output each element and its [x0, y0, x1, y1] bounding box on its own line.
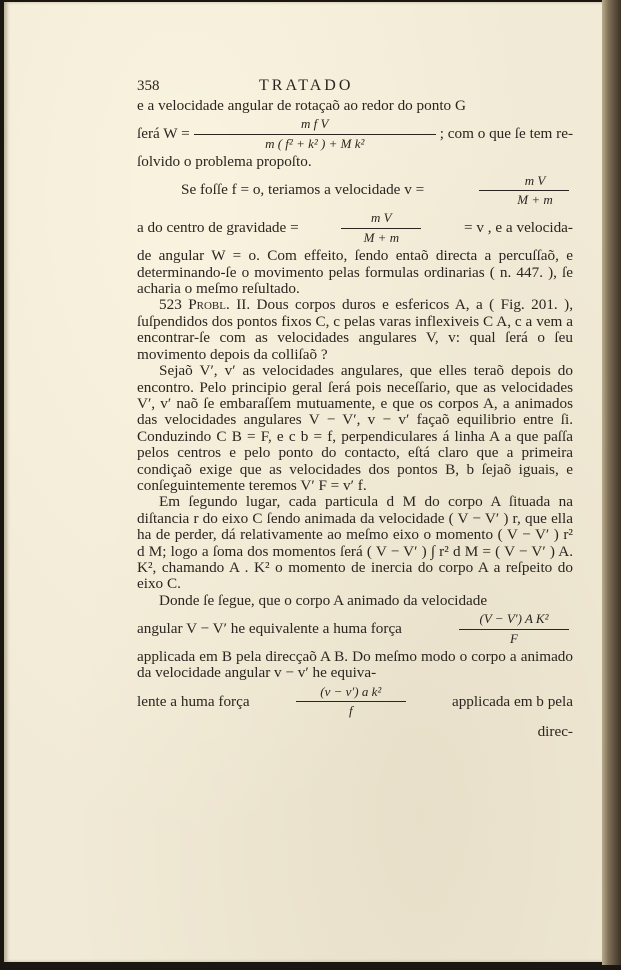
formula-row: Se foſſe f = o, teriamos a velocidade v … [137, 173, 573, 209]
problem-paragraph: 523 Probl. II. Dous corpos duros e esfer… [137, 297, 573, 363]
fraction-denominator: M + m [341, 229, 421, 246]
text-line: e a velocidade angular de rotaçaõ ao red… [137, 98, 573, 114]
fraction-numerator: m V [341, 210, 421, 228]
fraction-denominator: M + m [479, 191, 569, 208]
text-fragment: ; com o que ſe tem re- [440, 126, 573, 142]
formula-row: ſerá W = m f V m ( f² + k² ) + M k² ; co… [137, 116, 573, 152]
paragraph-5: Em ſegundo lugar, cada particula d M do … [137, 494, 573, 592]
formula-row: a do centro de gravidade = m V M + m = v… [137, 210, 573, 246]
page-number: 358 [137, 78, 160, 94]
fraction: (v − v′) a k² f [296, 684, 406, 720]
fraction: m V M + m [341, 210, 421, 246]
problem-label: Probl. II. [188, 296, 250, 313]
section-number: 523 [159, 296, 182, 313]
fraction: (V − V′) A K² F [459, 611, 569, 647]
running-title: TRATADO [259, 78, 353, 94]
fraction: m V M + m [479, 173, 569, 209]
text-line: ſolvido o problema propoſto. [137, 154, 573, 170]
text-fragment: angular V − V′ he equivalente a huma for… [137, 621, 402, 637]
paragraph-4: Sejaõ V′, v′ as velocidades angulares, q… [137, 363, 573, 494]
paragraph-1: e a velocidade angular de rotaçaõ ao red… [137, 98, 573, 171]
formula-row: angular V − V′ he equivalente a huma for… [137, 611, 573, 647]
fraction-denominator: m ( f² + k² ) + M k² [194, 135, 436, 152]
text-line: Donde ſe ſegue, que o corpo A animado da… [159, 592, 487, 609]
fraction: m f V m ( f² + k² ) + M k² [194, 116, 436, 152]
text-fragment: a do centro de gravidade = [137, 220, 299, 236]
text-fragment: Se foſſe f = o, teriamos a velocidade v … [137, 182, 424, 198]
text-block: 358 TRATADO e a velocidade angular de ro… [137, 76, 573, 740]
book-page: 358 TRATADO e a velocidade angular de ro… [4, 2, 602, 962]
text-fragment: ſerá W = [137, 126, 190, 142]
page-edge [602, 0, 621, 965]
running-head: 358 TRATADO [137, 76, 573, 98]
fraction-numerator: m V [479, 173, 569, 191]
text-fragment: = v , e a velocida- [464, 220, 573, 236]
fraction-denominator: f [296, 702, 406, 719]
catchword: direc- [137, 724, 573, 740]
paragraph-6: Donde ſe ſegue, que o corpo A animado da… [137, 593, 573, 720]
text-line: applicada em B pela direcçaõ A B. Do meſ… [137, 649, 573, 682]
fraction-numerator: (V − V′) A K² [459, 611, 569, 629]
formula-row: lente a huma força (v − v′) a k² f appli… [137, 684, 573, 720]
text-line: de angular W = o. Com effeito, ſendo ent… [137, 248, 573, 297]
paragraph-2: Se foſſe f = o, teriamos a velocidade v … [137, 173, 573, 298]
text-fragment: lente a huma força [137, 694, 250, 710]
text-fragment: applicada em b pela [452, 694, 573, 710]
fraction-numerator: (v − v′) a k² [296, 684, 406, 702]
fraction-numerator: m f V [194, 116, 436, 134]
fraction-denominator: F [459, 630, 569, 647]
